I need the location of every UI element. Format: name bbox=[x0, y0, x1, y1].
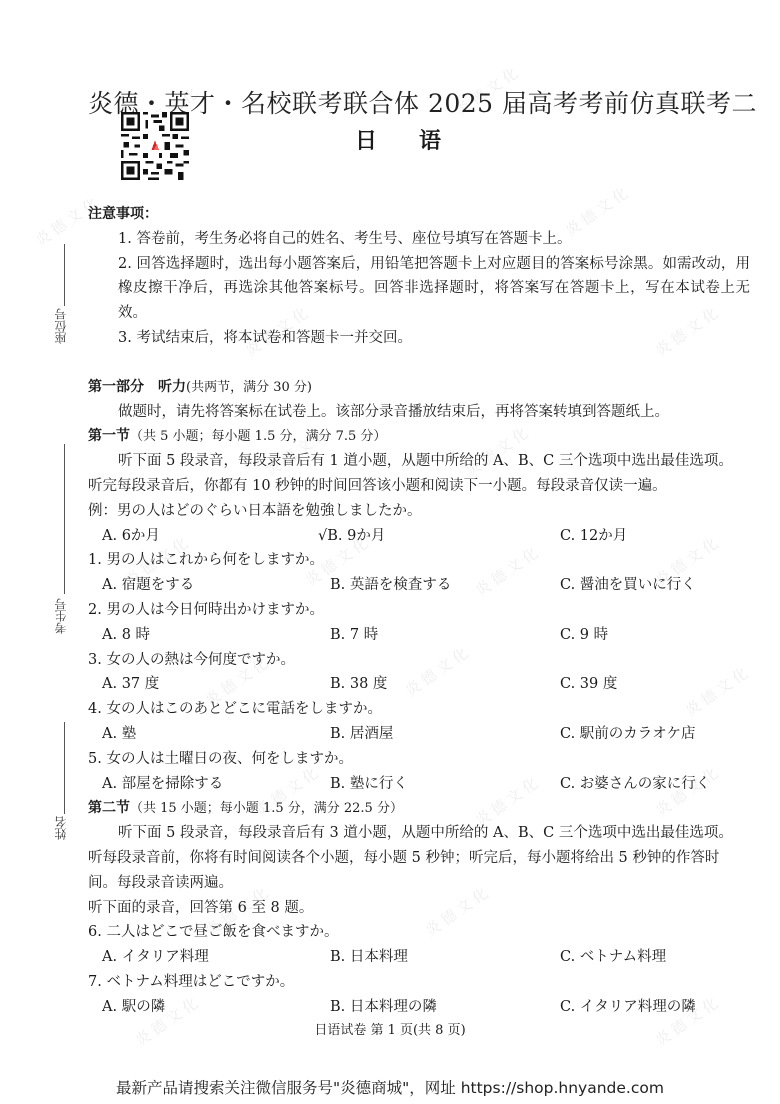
q3-option-c: C. 39 度 bbox=[560, 672, 617, 697]
question-6-options: A. イタリア料理 B. 日本料理 C. ベトナム料理 bbox=[88, 945, 750, 970]
q1-option-c: C. 醤油を買いに行く bbox=[560, 573, 696, 598]
section2-note: （共 15 小题；每小题 1.5 分，满分 22.5 分） bbox=[130, 801, 403, 816]
example-option-b-checked: √B. 9か月 bbox=[318, 524, 385, 549]
part1-instruction: 做题时，请先将答案标在试卷上。该部分录音播放结束后，再将答案转填到答题纸上。 bbox=[88, 400, 750, 425]
q3-option-b: B. 38 度 bbox=[330, 672, 387, 697]
example-options: A. 6か月 √B. 9か月 C. 12か月 bbox=[88, 524, 750, 549]
exam-page: 炎德文化 炎德文化 炎德文化 炎德文化 炎德文化 炎德文化 炎德文化 炎德文化 … bbox=[0, 0, 780, 1104]
part1-note: (共两节，满分 30 分) bbox=[186, 380, 312, 395]
question-5: 5. 女の人は土曜日の夜、何をしますか。 bbox=[88, 747, 750, 772]
exam-content: 注意事项： 1. 答卷前，考生务必将自己的姓名、考生号、座位号填写在答题卡上。 … bbox=[88, 202, 750, 1020]
question-4: 4. 女の人はこのあとどこに電話をしますか。 bbox=[88, 697, 750, 722]
q4-option-b: B. 居酒屋 bbox=[330, 722, 393, 747]
question-7-options: A. 駅の隣 B. 日本料理の隣 C. イタリア料理の隣 bbox=[88, 995, 750, 1020]
question-3: 3. 女の人の熱は今何度ですか。 bbox=[88, 648, 750, 673]
question-1: 1. 男の人はこれから何をしますか。 bbox=[88, 548, 750, 573]
section1-note: （共 5 小题；每小题 1.5 分，满分 7.5 分） bbox=[130, 429, 386, 444]
exam-id-line bbox=[64, 444, 65, 594]
section1-title: 第一节 bbox=[88, 428, 130, 444]
page-footer: 日语试卷 第 1 页(共 8 页) bbox=[0, 1019, 780, 1038]
q2-option-b: B. 7 時 bbox=[330, 623, 378, 648]
example-question: 例：男の人はどのぐらい日本語を勉強しましたか。 bbox=[88, 499, 750, 524]
q7-option-a: A. 駅の隣 bbox=[102, 995, 165, 1020]
question-5-options: A. 部屋を掃除する B. 塾に行く C. お婆さんの家に行く bbox=[88, 772, 750, 797]
question-1-options: A. 宿題をする B. 英語を検査する C. 醤油を買いに行く bbox=[88, 573, 750, 598]
section2-instruction-1: 听下面 5 段录音，每段录音后有 3 道小题，从题中所给的 A、B、C 三个选项… bbox=[88, 821, 750, 846]
q2-option-a: A. 8 時 bbox=[102, 623, 150, 648]
q5-option-a: A. 部屋を掃除する bbox=[102, 772, 223, 797]
seat-number-label: 座位号 bbox=[52, 308, 69, 344]
q6-option-a: A. イタリア料理 bbox=[102, 945, 209, 970]
promo-banner: 最新产品请搜索关注微信服务号"炎德商城"，网址 https://shop.hny… bbox=[0, 1076, 780, 1098]
example-option-a: A. 6か月 bbox=[102, 524, 160, 549]
question-2-options: A. 8 時 B. 7 時 C. 9 時 bbox=[88, 623, 750, 648]
q2-option-c: C. 9 時 bbox=[560, 623, 608, 648]
name-label: 姓名 bbox=[52, 816, 69, 840]
q3-option-a: A. 37 度 bbox=[102, 672, 159, 697]
example-option-c: C. 12か月 bbox=[560, 524, 627, 549]
question-6: 6. 二人はどこで昼ご飯を食べますか。 bbox=[88, 920, 750, 945]
name-line bbox=[64, 722, 65, 814]
q6-option-b: B. 日本料理 bbox=[330, 945, 408, 970]
question-4-options: A. 塾 B. 居酒屋 C. 駅前のカラオケ店 bbox=[88, 722, 750, 747]
q5-option-b: B. 塾に行く bbox=[330, 772, 408, 797]
q7-option-b: B. 日本料理の隣 bbox=[330, 995, 437, 1020]
exam-id-label: 考生号 bbox=[52, 598, 69, 634]
group-instruction: 听下面的录音，回答第 6 至 8 题。 bbox=[88, 896, 750, 921]
section1-heading: 第一节（共 5 小题；每小题 1.5 分，满分 7.5 分） bbox=[88, 424, 750, 449]
q4-option-c: C. 駅前のカラオケ店 bbox=[560, 722, 696, 747]
question-3-options: A. 37 度 B. 38 度 C. 39 度 bbox=[88, 672, 750, 697]
section2-instruction-2: 听每段录音前，你将有时间阅读各个小题，每小题 5 秒钟；听完后，每小题将给出 5… bbox=[88, 846, 750, 871]
part1-heading: 第一部分 听力(共两节，满分 30 分) bbox=[88, 375, 750, 400]
seat-number-line bbox=[64, 244, 65, 306]
q6-option-c: C. ベトナム料理 bbox=[560, 945, 666, 970]
subject-title: 日语 bbox=[355, 124, 483, 155]
question-2: 2. 男の人は今日何時出かけますか。 bbox=[88, 598, 750, 623]
q4-option-a: A. 塾 bbox=[102, 722, 136, 747]
q1-option-a: A. 宿題をする bbox=[102, 573, 194, 598]
question-7: 7. ベトナム料理はどこですか。 bbox=[88, 970, 750, 995]
notice-item-3: 3. 考试结束后，将本试卷和答题卡一并交回。 bbox=[88, 326, 750, 351]
section1-instruction-2: 听完每段录音后，你都有 10 秒钟的时间回答该小题和阅读下一小题。每段录音仅读一… bbox=[88, 474, 750, 499]
section2-heading: 第二节（共 15 小题；每小题 1.5 分，满分 22.5 分） bbox=[88, 796, 750, 821]
q7-option-c: C. イタリア料理の隣 bbox=[560, 995, 696, 1020]
q1-option-b: B. 英語を検査する bbox=[330, 573, 451, 598]
q5-option-c: C. お婆さんの家に行く bbox=[560, 772, 710, 797]
section2-title: 第二节 bbox=[88, 800, 130, 816]
part1-title: 第一部分 听力 bbox=[88, 379, 186, 395]
section1-instruction-1: 听下面 5 段录音，每段录音后有 1 道小题，从题中所给的 A、B、C 三个选项… bbox=[88, 449, 750, 474]
section2-instruction-3: 间。每段录音读两遍。 bbox=[88, 871, 750, 896]
notice-heading: 注意事项： bbox=[88, 202, 750, 227]
notice-item-1: 1. 答卷前，考生务必将自己的姓名、考生号、座位号填写在答题卡上。 bbox=[88, 227, 750, 252]
notice-item-2: 2. 回答选择题时，选出每小题答案后，用铅笔把答题卡上对应题目的答案标号涂黑。如… bbox=[88, 252, 750, 326]
qr-code-icon bbox=[121, 112, 189, 180]
